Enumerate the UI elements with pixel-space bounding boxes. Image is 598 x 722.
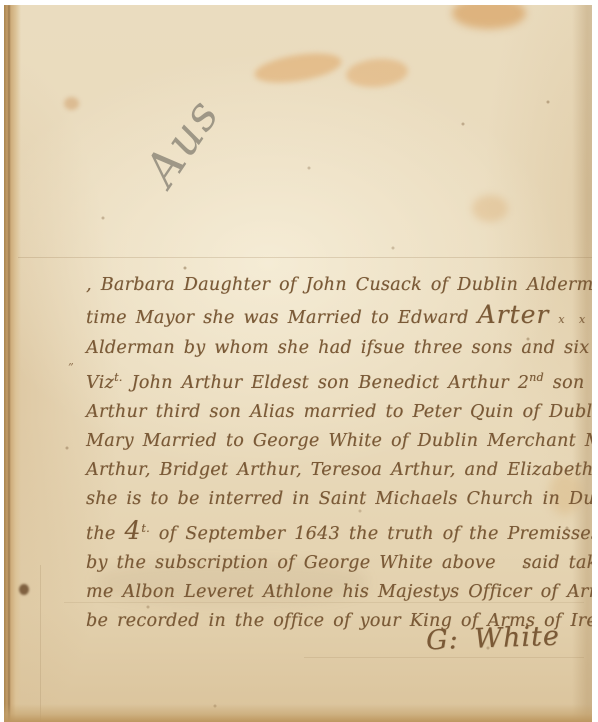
manuscript-text: , Barbara Daughter of John Cusack of Dub… <box>86 271 592 636</box>
manuscript-line: the 4t. of September 1643 the truth of t… <box>86 514 592 549</box>
foxing-stain <box>472 195 508 222</box>
faint-rule-line <box>304 657 584 658</box>
manuscript-text-segment: John Arthur Eldest son Benedict Arthur 2 <box>123 373 530 393</box>
manuscript-text-segment: son Patrick <box>544 373 592 393</box>
manuscript-text-segment: 4 <box>124 516 141 545</box>
manuscript-line: time Mayor she was Married to Edward Art… <box>86 300 592 334</box>
manuscript-line: Mary Married to George White of Dublin M… <box>86 427 592 456</box>
margin-mark: ” <box>68 361 74 374</box>
manuscript-text-segment: Arter <box>478 300 550 329</box>
manuscript-line: Arthur, Bridget Arthur, Teresoa Arthur, … <box>86 456 592 485</box>
manuscript-text-segment: time Mayor she was Married to Edward <box>86 308 478 328</box>
manuscript-text-segment: t. <box>141 522 150 535</box>
photo-frame: Aus ” , Barbara Daughter of John Cusack … <box>0 0 598 722</box>
manuscript-text-segment: by the subscription of George White abov… <box>86 553 592 573</box>
manuscript-line: by the subscription of George White abov… <box>86 549 592 578</box>
manuscript-line: Alderman by whom she had ifsue three son… <box>86 334 592 363</box>
manuscript-text-segment: t. <box>114 371 123 384</box>
foxing-stain <box>64 97 79 110</box>
manuscript-line: me Albon Leveret Athlone his Majestys Of… <box>86 578 592 607</box>
manuscript-line: Vizt. John Arthur Eldest son Benedict Ar… <box>86 363 592 398</box>
manuscript-line: , Barbara Daughter of John Cusack of Dub… <box>86 271 592 300</box>
manuscript-line: Arthur third son Alias married to Peter … <box>86 398 592 427</box>
foxing-stain <box>253 48 344 87</box>
ink-spot <box>19 584 29 595</box>
manuscript-page: Aus ” , Barbara Daughter of John Cusack … <box>4 5 592 722</box>
book-binding-edge <box>4 5 21 722</box>
foxing-stain <box>345 56 409 89</box>
binding-gutter-line <box>8 5 10 722</box>
manuscript-text-segment: she is to be interred in Saint Michaels … <box>86 489 592 509</box>
manuscript-text-segment: Viz <box>86 373 114 393</box>
manuscript-text-segment: Arthur, Bridget Arthur, Teresoa Arthur, … <box>86 460 592 480</box>
manuscript-line: she is to be interred in Saint Michaels … <box>86 485 592 514</box>
book-bottom-fore-edge <box>4 704 592 722</box>
manuscript-text-segment: Mary Married to George White of Dublin M… <box>86 431 592 451</box>
paper-specks <box>4 5 6 7</box>
faint-fold-line <box>40 565 41 722</box>
manuscript-text-segment <box>549 308 558 328</box>
foxing-stain <box>452 5 526 29</box>
manuscript-text-segment: me Albon Leveret Athlone his Majestys Of… <box>86 582 592 602</box>
manuscript-text-segment: nd <box>529 371 544 384</box>
manuscript-text-segment: x x ~ <box>558 313 592 326</box>
signature: G: White <box>426 621 561 657</box>
manuscript-text-segment: Arthur third son Alias married to Peter … <box>86 402 592 422</box>
manuscript-text-segment: the <box>86 524 124 544</box>
manuscript-text-segment: Alderman by whom she had ifsue three son… <box>86 338 592 358</box>
paper-crease-line <box>18 257 592 258</box>
manuscript-text-segment: , Barbara Daughter of John Cusack of Dub… <box>86 275 592 295</box>
pencil-inscription: Aus <box>134 88 230 195</box>
manuscript-text-segment: of September 1643 the truth of the Premi… <box>150 524 592 544</box>
